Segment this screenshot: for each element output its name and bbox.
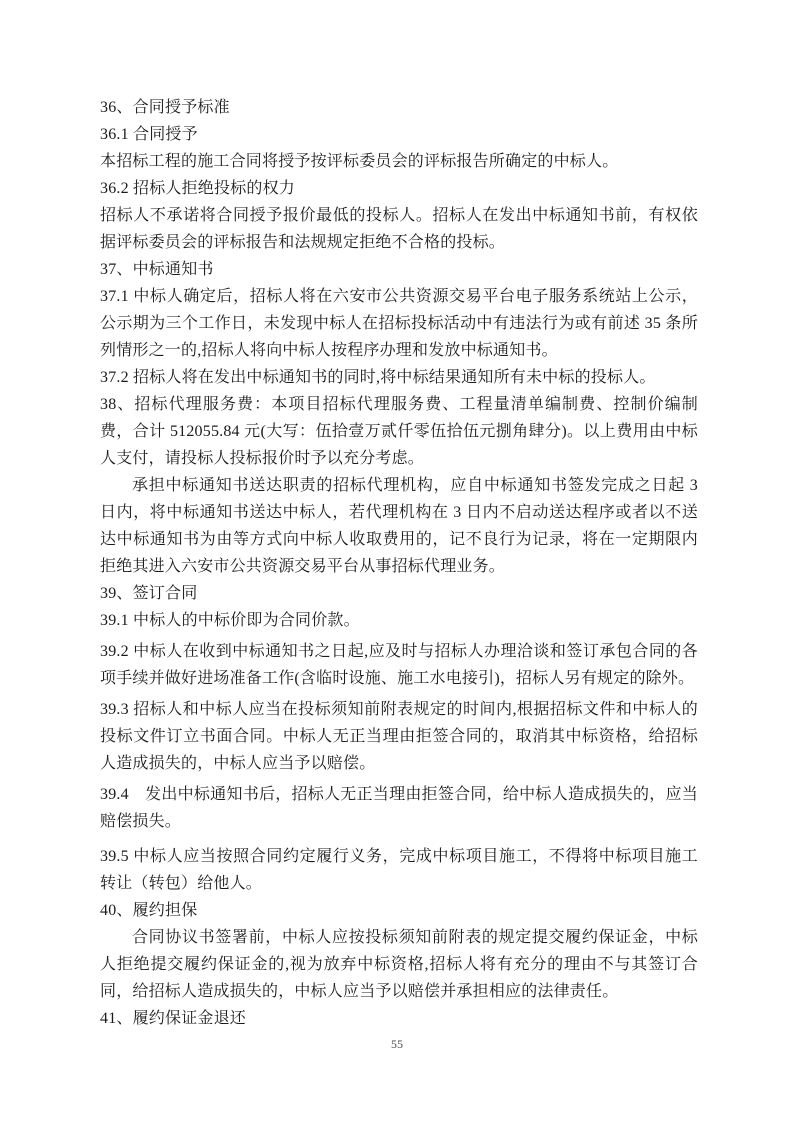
para-40-heading: 40、履约担保 (100, 897, 698, 924)
para-41-heading: 41、履约保证金退还 (100, 1005, 698, 1032)
para-37-2: 37.2 招标人将在发出中标通知书的同时,将中标结果通知所有未中标的投标人。 (100, 364, 698, 391)
page-number: 55 (391, 1037, 403, 1051)
para-36-1-heading: 36.1 合同授予 (100, 121, 698, 148)
document-body: 36、合同授予标准 36.1 合同授予 本招标工程的施工合同将授予按评标委员会的… (100, 94, 698, 1032)
para-36-2-body: 招标人不承诺将合同授予报价最低的投标人。招标人在发出中标通知书前，有权依据评标委… (100, 202, 698, 256)
document-page: 36、合同授予标准 36.1 合同授予 本招标工程的施工合同将授予按评标委员会的… (0, 0, 794, 1122)
para-39-4: 39.4 发出中标通知书后，招标人无正当理由拒签合同，给中标人造成损失的，应当赔… (100, 781, 698, 835)
para-37-1: 37.1 中标人确定后，招标人将在六安市公共资源交易平台电子服务系统站上公示，公… (100, 283, 698, 364)
para-36-2-heading: 36.2 招标人拒绝投标的权力 (100, 175, 698, 202)
para-38: 38、招标代理服务费：本项目招标代理服务费、工程量清单编制费、控制价编制费，合计… (100, 391, 698, 472)
para-39-heading: 39、签订合同 (100, 580, 698, 607)
para-39-1: 39.1 中标人的中标价即为合同价款。 (100, 607, 698, 634)
para-39-2: 39.2 中标人在收到中标通知书之日起,应及时与招标人办理洽谈和签订承包合同的各… (100, 638, 698, 692)
para-38-agent-duty: 承担中标通知书送达职责的招标代理机构，应自中标通知书签发完成之日起 3 日内，将… (100, 472, 698, 580)
para-39-3: 39.3 招标人和中标人应当在投标须知前附表规定的时间内,根据招标文件和中标人的… (100, 696, 698, 777)
para-37-heading: 37、中标通知书 (100, 256, 698, 283)
para-39-5: 39.5 中标人应当按照合同约定履行义务，完成中标项目施工，不得将中标项目施工转… (100, 843, 698, 897)
para-36-heading: 36、合同授予标准 (100, 94, 698, 121)
para-40-body: 合同协议书签署前，中标人应按投标须知前附表的规定提交履约保证金，中标人拒绝提交履… (100, 924, 698, 1005)
page-footer: 55 (0, 1036, 794, 1052)
para-36-1-body: 本招标工程的施工合同将授予按评标委员会的评标报告所确定的中标人。 (100, 148, 698, 175)
